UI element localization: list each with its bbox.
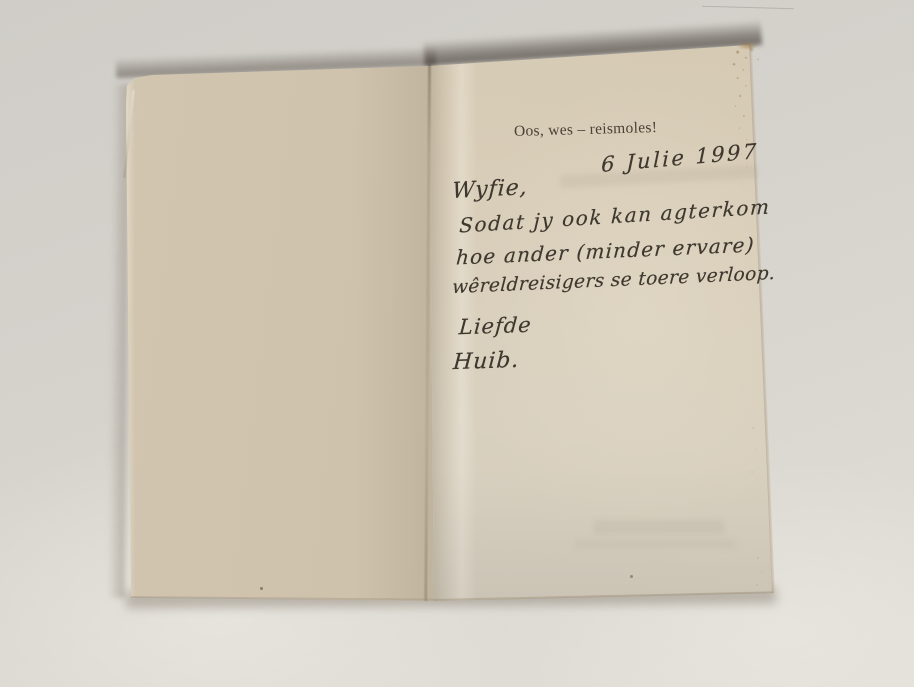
ink-showthrough-lower-2 (575, 540, 735, 548)
ink-showthrough-lower (594, 520, 724, 534)
inscription-salutation: Wyfie, (451, 175, 528, 204)
surface-scratch-line (702, 6, 794, 9)
inscription-signature: Huib. (452, 348, 520, 375)
foxing-specks-bottom-right (750, 552, 770, 592)
speck-left-page (260, 587, 263, 590)
photo-background: Oos, wes – reismoles! 6 Julie 1997 Wyfie… (0, 0, 914, 687)
speck-right-page (630, 575, 633, 578)
inscription-closing: Liefde (458, 313, 532, 340)
foxing-specks-right-edge (746, 420, 762, 512)
